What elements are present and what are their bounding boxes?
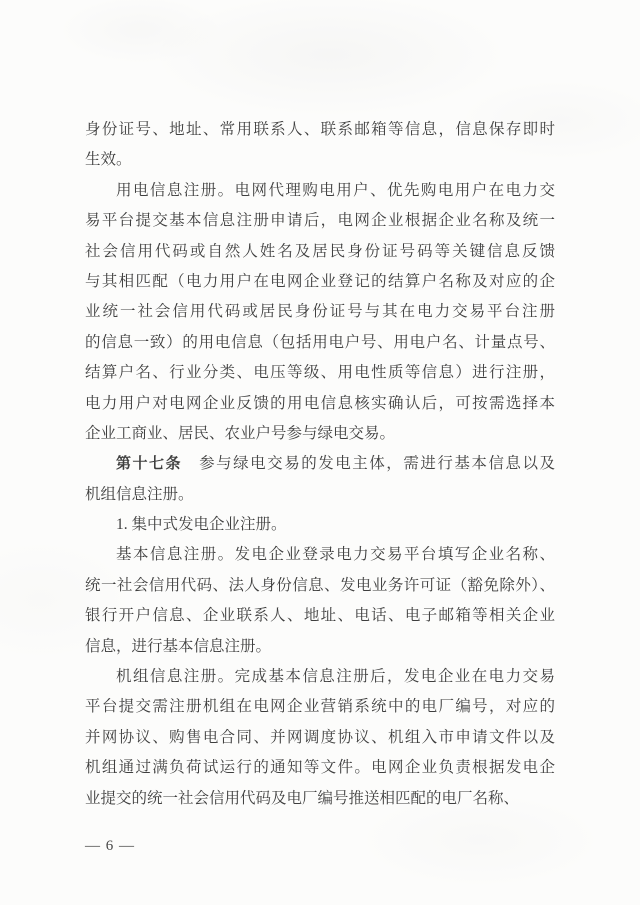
text-line: 平台提交需注册机组在电网企业营销系统中的电厂编号，对应的 — [85, 692, 555, 722]
article-number: 第十七条 — [116, 455, 182, 472]
text-line: 业统一社会信用代码或居民身份证号与其在电力交易平台注册 — [85, 297, 555, 327]
text-line: 电力用户对电网企业反馈的用电信息核实确认后，可按需选择本 — [85, 389, 555, 419]
text-line: 业提交的统一社会信用代码及电厂编号推送相匹配的电厂名称、 — [85, 784, 555, 814]
text-line: 用电信息注册。电网代理购电用户、优先购电用户在电力交 — [85, 176, 555, 206]
text-line: 的信息一致）的用电信息（包括用电户号、用电户名、计量点号、 — [85, 328, 555, 358]
text-line: 身份证号、地址、常用联系人、联系邮箱等信息，信息保存即时 — [85, 115, 555, 145]
text-line: 机组信息注册。 — [85, 480, 555, 510]
text-line: 第十七条 参与绿电交易的发电主体，需进行基本信息以及 — [85, 449, 555, 479]
text-line: 基本信息注册。发电企业登录电力交易平台填写企业名称、 — [85, 540, 555, 570]
text-line: 银行开户信息、企业联系人、地址、电话、电子邮箱等相关企业 — [85, 601, 555, 631]
document-body: 身份证号、地址、常用联系人、联系邮箱等信息，信息保存即时生效。用电信息注册。电网… — [85, 115, 555, 814]
text-line: 并网协议、购售电合同、并网调度协议、机组入市申请文件以及 — [85, 723, 555, 753]
page-number: — 6 — — [85, 836, 135, 856]
text-line: 1. 集中式发电企业注册。 — [85, 510, 555, 540]
text-line: 信息，进行基本信息注册。 — [85, 632, 555, 662]
text-line: 易平台提交基本信息注册申请后，电网企业根据企业名称及统一 — [85, 206, 555, 236]
text-line: 机组通过满负荷试运行的通知等文件。电网企业负责根据发电企 — [85, 753, 555, 783]
text-line: 社会信用代码或自然人姓名及居民身份证号码等关键信息反馈 — [85, 237, 555, 267]
text-line: 结算户名、行业分类、电压等级、用电性质等信息）进行注册， — [85, 358, 555, 388]
text-line: 生效。 — [85, 145, 555, 175]
text-line: 与其相匹配（电力用户在电网企业登记的结算户名称及对应的企 — [85, 267, 555, 297]
text-line: 机组信息注册。完成基本信息注册后，发电企业在电力交易 — [85, 662, 555, 692]
document-page: 身份证号、地址、常用联系人、联系邮箱等信息，信息保存即时生效。用电信息注册。电网… — [0, 0, 640, 905]
text-line: 企业工商业、居民、农业户号参与绿电交易。 — [85, 419, 555, 449]
text-line: 统一社会信用代码、法人身份信息、发电业务许可证（豁免除外）、 — [85, 571, 555, 601]
